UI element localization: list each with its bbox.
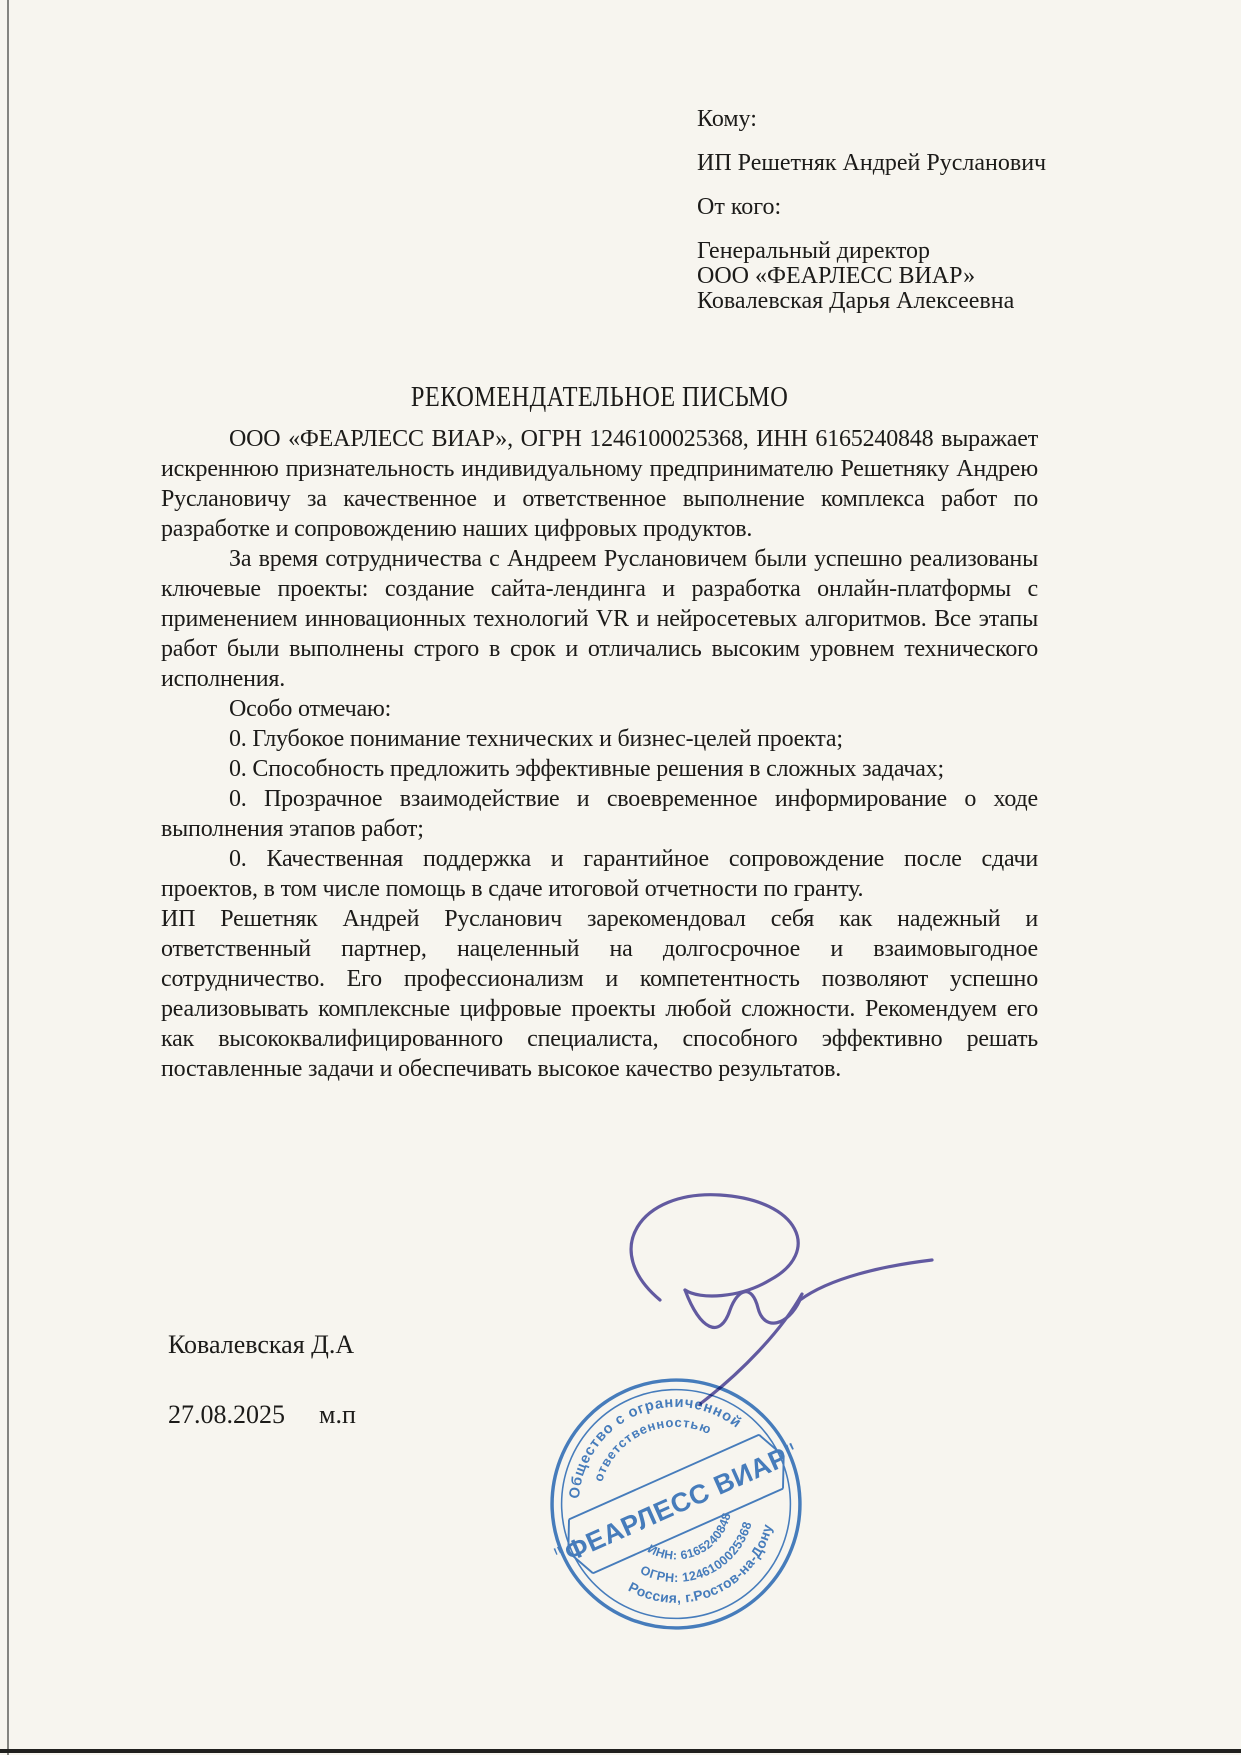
list-item: 0. Глубокое понимание технических и бизн… [161,724,1038,754]
from-label: От кого: [697,195,1046,220]
paragraph-note-intro: Особо отмечаю: [161,694,1038,724]
from-line-person: Ковалевская Дарья Алексеевна [697,289,1046,314]
list-item: 0. Способность предложить эффективные ре… [161,754,1038,784]
scan-edge-bottom [0,1749,1241,1753]
paragraph-closing: ИП Решетняк Андрей Русланович зарекоменд… [161,904,1038,1084]
from-line-company: ООО «ФЕАРЛЕСС ВИАР» [697,264,1046,289]
letter-header: Кому: ИП Решетняк Андрей Русланович От к… [697,107,1046,314]
list-item: 0. Качественная поддержка и гарантийное … [161,844,1038,904]
letter-title: РЕКОМЕНДАТЕЛЬНОЕ ПИСЬМО [161,381,1038,414]
letter-page: Кому: ИП Решетняк Андрей Русланович От к… [0,0,1241,1755]
scan-edge-left [7,0,9,1755]
to-label: Кому: [697,107,1046,132]
signature-date-row: 27.08.2025 м.п [168,1400,356,1430]
paragraph-intro: ООО «ФЕАРЛЕСС ВИАР», ОГРН 1246100025368,… [161,424,1038,544]
signature-name: Ковалевская Д.А [168,1330,354,1360]
letter-body: ООО «ФЕАРЛЕСС ВИАР», ОГРН 1246100025368,… [161,424,1038,1084]
to-name: ИП Решетняк Андрей Русланович [697,151,1046,176]
signature-mp-mark: м.п [319,1400,356,1430]
from-line-position: Генеральный директор [697,239,1046,264]
signature-date: 27.08.2025 [168,1400,285,1430]
paragraph-projects: За время сотрудничества с Андреем Руслан… [161,544,1038,694]
list-item: 0. Прозрачное взаимодействие и своевреме… [161,784,1038,844]
handwritten-signature-ink [560,1160,980,1430]
letter-title-text: РЕКОМЕНДАТЕЛЬНОЕ ПИСЬМО [411,381,788,414]
